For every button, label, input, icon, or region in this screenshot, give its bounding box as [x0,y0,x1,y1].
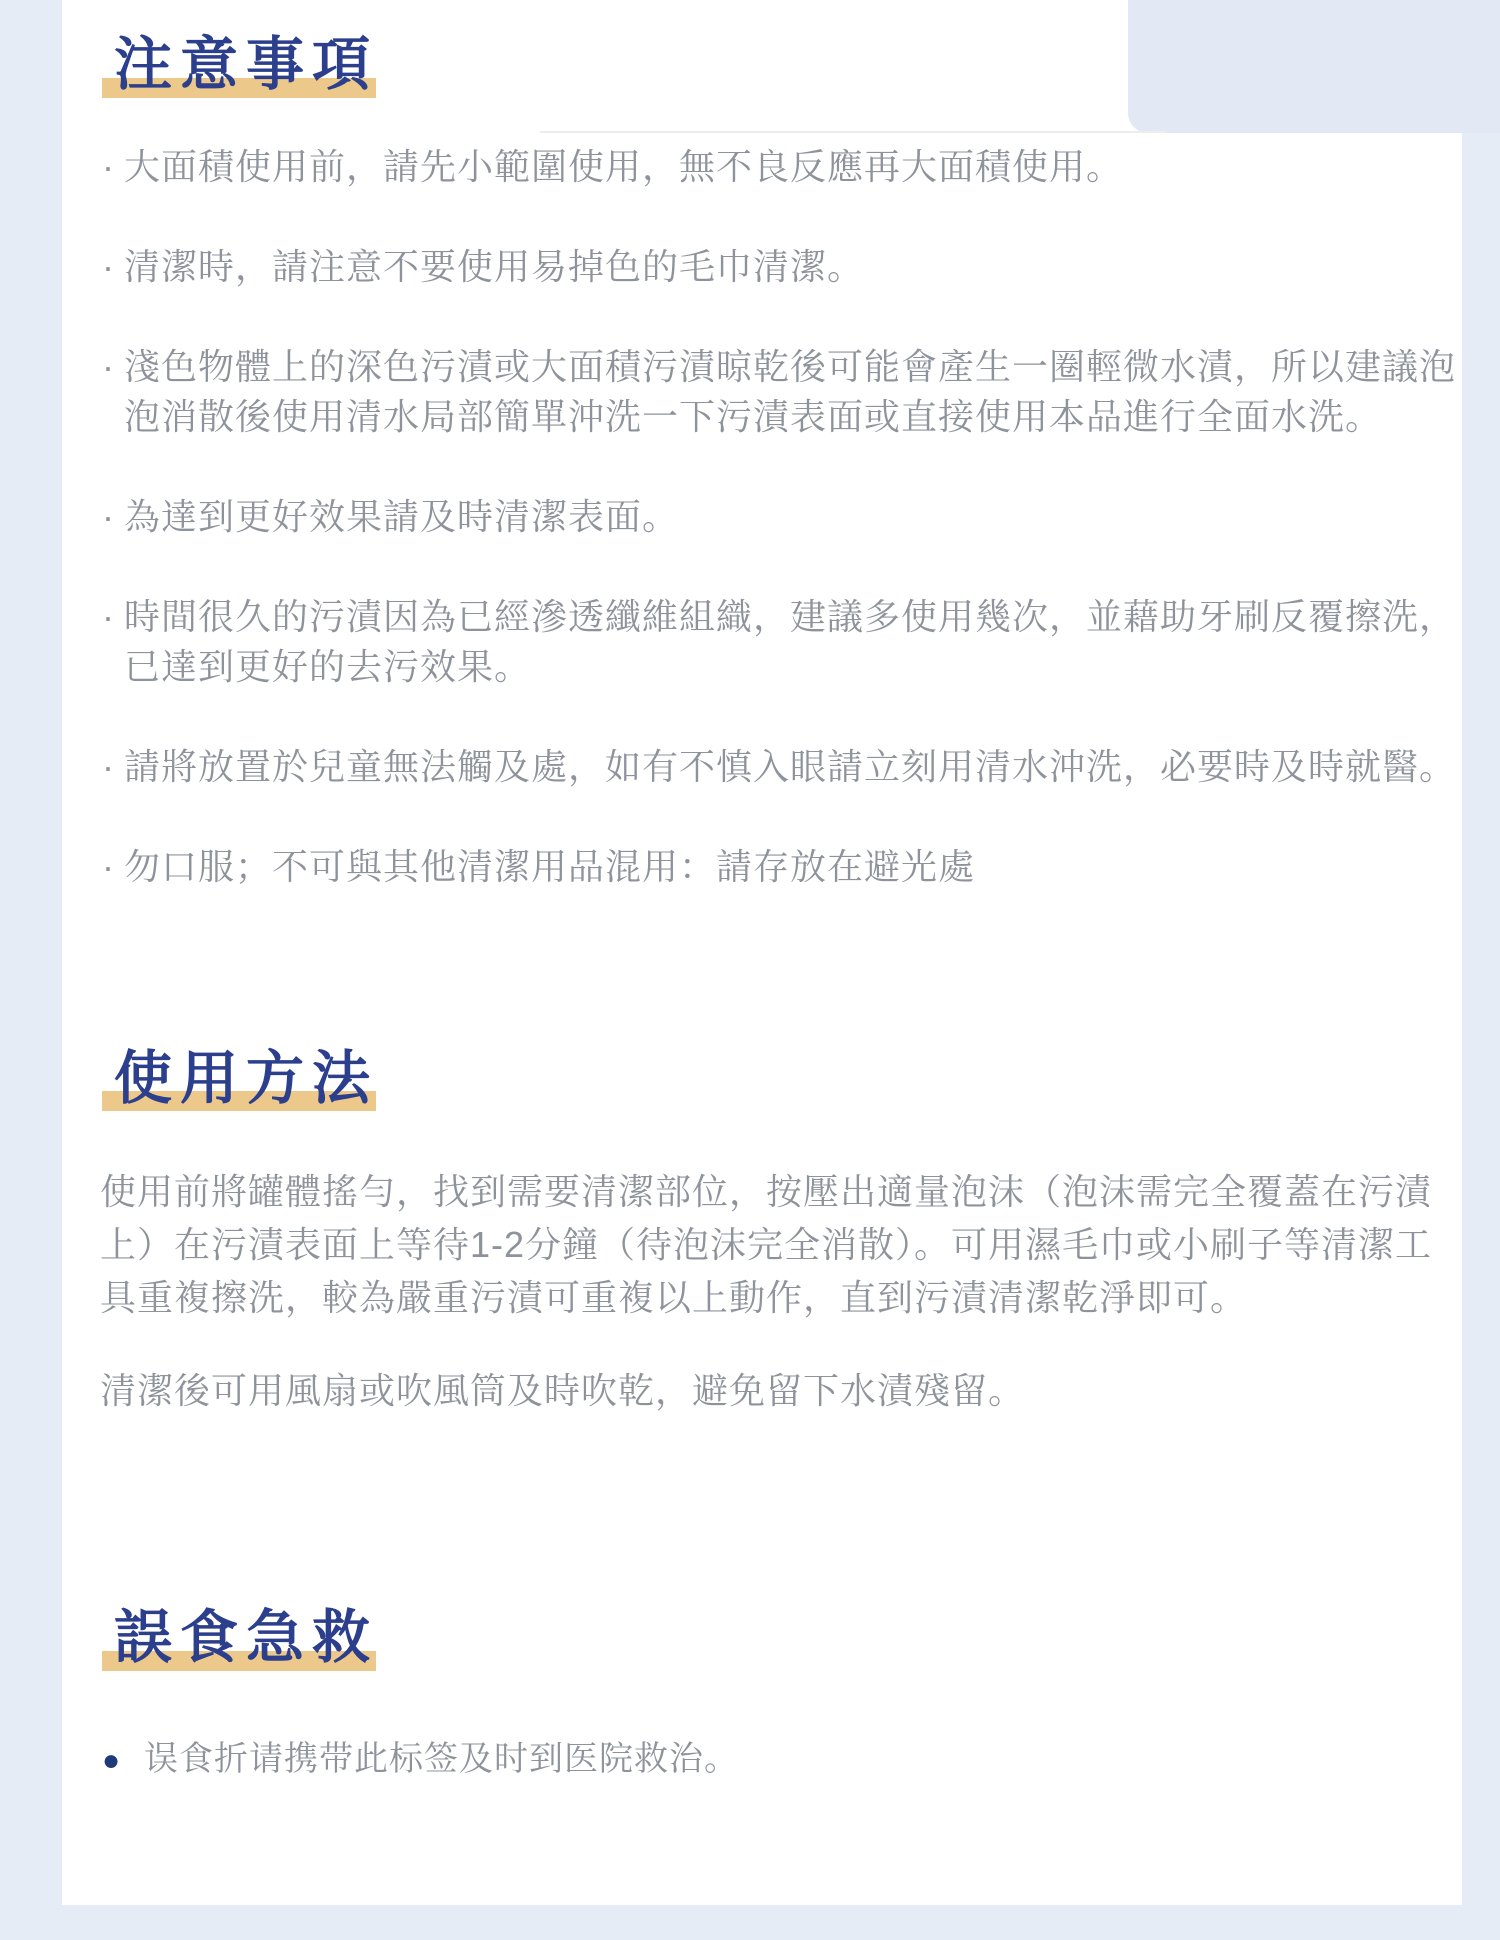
bullet-dot-icon: · [102,492,115,542]
first-aid-title: 誤食急救 [114,1603,378,1673]
list-item: · 勿口服；不可與其他清潔用品混用：請存放在避光處 [100,842,1462,892]
list-item-text: 勿口服；不可與其他清潔用品混用：請存放在避光處 [124,846,975,887]
list-item: · 淺色物體上的深色污漬或大面積污漬晾乾後可能會產生一圈輕微水漬，所以建議泡泡消… [100,342,1462,442]
precautions-title-text: 注意事項 [114,32,378,97]
bullet-dot-icon: ● [102,1737,121,1785]
list-item: · 時間很久的污漬因為已經滲透纖維組織，建議多使用幾次，並藉助牙刷反覆擦洗，已達… [100,592,1462,692]
list-item: · 大面積使用前，請先小範圍使用，無不良反應再大面積使用。 [100,142,1462,192]
list-item: · 請將放置於兒童無法觸及處，如有不慎入眼請立刻用清水沖洗，必要時及時就醫。 [100,742,1462,792]
usage-title: 使用方法 [114,1044,378,1114]
list-item-text: 清潔時，請注意不要使用易掉色的毛巾清潔。 [124,246,864,287]
section-first-aid: 誤食急救 [100,1603,1462,1673]
precautions-list: · 大面積使用前，請先小範圍使用，無不良反應再大面積使用。 · 清潔時，請注意不… [100,142,1462,892]
bullet-dot-icon: · [102,742,115,792]
precautions-title: 注意事項 [114,30,378,100]
bullet-dot-icon: · [102,242,115,292]
list-item-text: 為達到更好效果請及時清潔表面。 [124,496,679,537]
section-precautions: 注意事項 [100,30,1462,100]
first-aid-list: ● 误食折请携带此标签及时到医院救治。 [100,1735,1462,1783]
product-description: 注意事項 · 大面積使用前，請先小範圍使用，無不良反應再大面積使用。 · 清潔時… [100,0,1462,1783]
list-item-text: 大面積使用前，請先小範圍使用，無不良反應再大面積使用。 [124,146,1123,187]
list-item-text: 時間很久的污漬因為已經滲透纖維組織，建議多使用幾次，並藉助牙刷反覆擦洗，已達到更… [124,596,1456,687]
list-item-text: 误食折请携带此标签及时到医院救治。 [144,1740,739,1778]
usage-paragraph: 清潔後可用風扇或吹風筒及時吹乾，避免留下水漬殘留。 [100,1364,1462,1417]
first-aid-title-text: 誤食急救 [114,1605,378,1670]
list-item: · 為達到更好效果請及時清潔表面。 [100,492,1462,542]
section-usage: 使用方法 [100,1044,1462,1114]
bullet-dot-icon: · [102,342,115,392]
list-item: ● 误食折请携带此标签及时到医院救治。 [100,1735,1462,1783]
bullet-dot-icon: · [102,592,115,642]
usage-title-text: 使用方法 [114,1046,378,1111]
list-item: · 清潔時，請注意不要使用易掉色的毛巾清潔。 [100,242,1462,292]
usage-paragraph: 使用前將罐體搖勻，找到需要清潔部位，按壓出適量泡沫（泡沫需完全覆蓋在污漬上）在污… [100,1165,1462,1324]
list-item-text: 淺色物體上的深色污漬或大面積污漬晾乾後可能會產生一圈輕微水漬，所以建議泡泡消散後… [124,346,1456,437]
bullet-dot-icon: · [102,142,115,192]
list-item-text: 請將放置於兒童無法觸及處，如有不慎入眼請立刻用清水沖洗，必要時及時就醫。 [124,746,1456,787]
bullet-dot-icon: · [102,842,115,892]
